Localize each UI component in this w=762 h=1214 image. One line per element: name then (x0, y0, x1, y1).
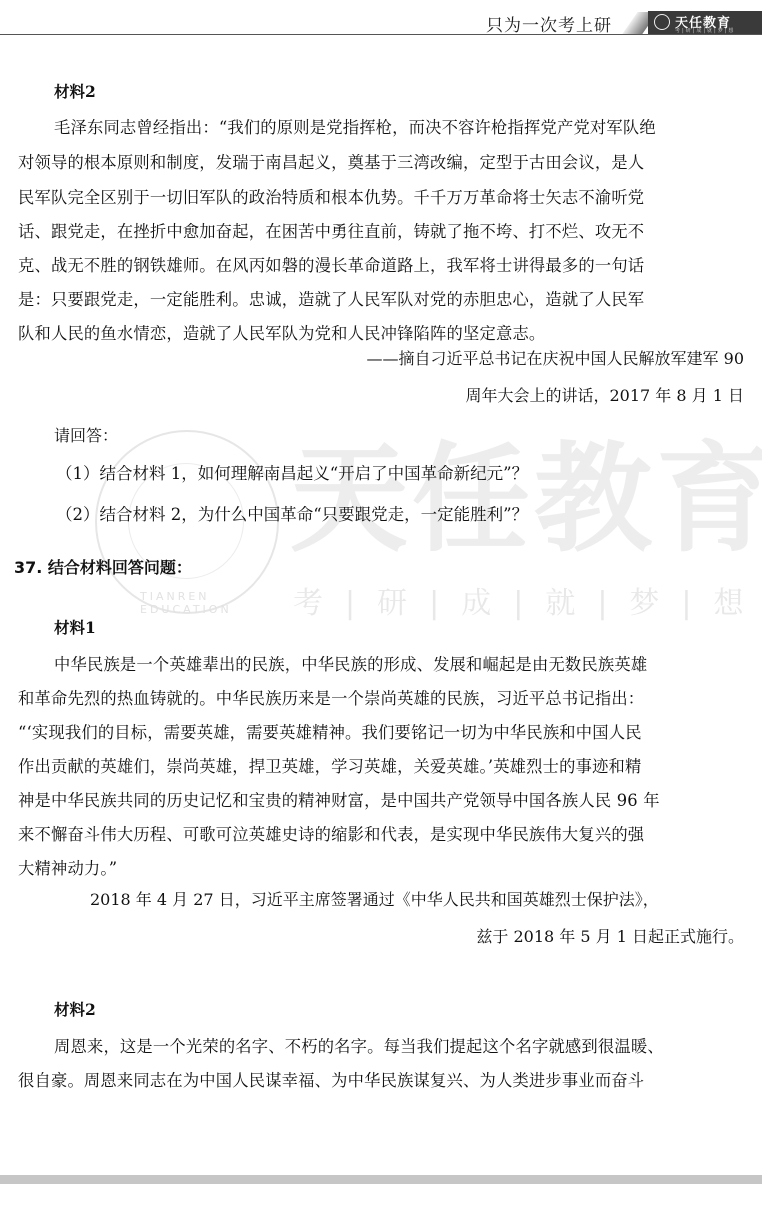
page-footer-bar (0, 1175, 762, 1184)
watermark-english: TIANREN EDUCATION (140, 590, 232, 616)
header-divider (0, 34, 762, 35)
question-item: （1）结合材料 1，如何理解南昌起义“开启了中国革命新纪元”？ (56, 464, 528, 484)
paragraph-line: 克、战无不胜的钢铁雄师。在风丙如磐的漫长革命道路上，我军将士讲得最多的一句话 (18, 256, 746, 276)
paragraph-line: 作出贡献的英雄们，崇尚英雄，捍卫英雄，学习英雄，关爱英雄。’英雄烈士的事迹和精 (18, 757, 746, 777)
source-date: 周年大会上的讲话，2017 年 8 月 1 日 (465, 386, 744, 406)
paragraph-line: 毛泽东同志曾经指出：“我们的原则是党指挥枪，而决不容许枪指挥党产党对军队绝 (18, 118, 746, 138)
header-slogan: 只为一次考上研 (486, 11, 612, 36)
paragraph-line: 对领导的根本原则和制度，发瑞于南昌起义，奠基于三湾改编，定型于古田会议，是人 (18, 153, 746, 173)
paragraph-line: 中华民族是一个英雄辈出的民族，中华民族的形成、发展和崛起是由无数民族英雄 (18, 655, 746, 675)
law-effective-date: 兹于 2018 年 5 月 1 日起正式施行。 (476, 927, 744, 947)
answer-prompt: 请回答： (54, 426, 118, 446)
page-header: 只为一次考上研 天任教育 考|研|成|就|梦|想 (0, 0, 762, 36)
paragraph-line: “‘实现我们的目标，需要英雄，需要英雄精神。我们要铭记一切为中华民族和中国人民 (18, 723, 746, 743)
logo-tagline: 考|研|成|就|梦|想 (675, 27, 735, 34)
watermark-brand: 天任教育 (290, 440, 762, 558)
paragraph-line: 很自豪。周恩来同志在为中国人民谋幸福、为中华民族谋复兴、为人类进步事业而奋斗 (18, 1071, 746, 1091)
paragraph-line: 话、跟党走，在挫折中愈加奋起，在困苦中勇往直前，铸就了拖不垮、打不烂、攻无不 (18, 222, 746, 242)
paragraph-line: 是：只要跟党走，一定能胜利。忠诚，造就了人民军队对党的赤胆忠心，造就了人民军 (18, 290, 746, 310)
source-citation: ——摘自刁近平总书记在庆祝中国人民解放军建军 90 (367, 349, 744, 369)
emblem-icon (654, 14, 670, 30)
material-label: 材料2 (54, 82, 96, 102)
paragraph-line: 和革命先烈的热血铸就的。中华民族历来是一个崇尚英雄的民族，习近平总书记指出： (18, 689, 746, 709)
law-note: 2018 年 4 月 27 日，习近平主席签署通过《中华人民共和国英雄烈士保护法… (90, 890, 659, 910)
brand-logo: 天任教育 考|研|成|就|梦|想 (648, 11, 762, 35)
paragraph-line: 大精神动力。” (18, 859, 746, 879)
paragraph-line: 民军队完全区别于一切旧军队的政治特质和根本仇势。千千万万革命将士矢志不渝听党 (18, 188, 746, 208)
paragraph-line: 周恩来，这是一个光荣的名字、不朽的名字。每当我们提起这个名字就感到很温暖、 (18, 1037, 746, 1057)
paragraph-line: 神是中华民族共同的历史记忆和宝贵的精神财富，是中国共产党领导中国各族人民 96 … (18, 791, 746, 811)
material-label: 材料2 (54, 1000, 96, 1020)
watermark-tagline: 考|研|成|就|梦|想 (293, 578, 762, 622)
paragraph-line: 来不懈奋斗伟大历程、可歌可泣英雄史诗的缩影和代表，是实现中华民族伟大复兴的强 (18, 825, 746, 845)
question-heading: 37. 结合材料回答问题： (14, 558, 192, 578)
paragraph-line: 队和人民的鱼水情恋，造就了人民军队为党和人民冲锋陷阵的坚定意志。 (18, 324, 746, 344)
material-label: 材料1 (54, 618, 96, 638)
question-item: （2）结合材料 2，为什么中国革命“只要跟党走，一定能胜利”？ (56, 505, 528, 525)
